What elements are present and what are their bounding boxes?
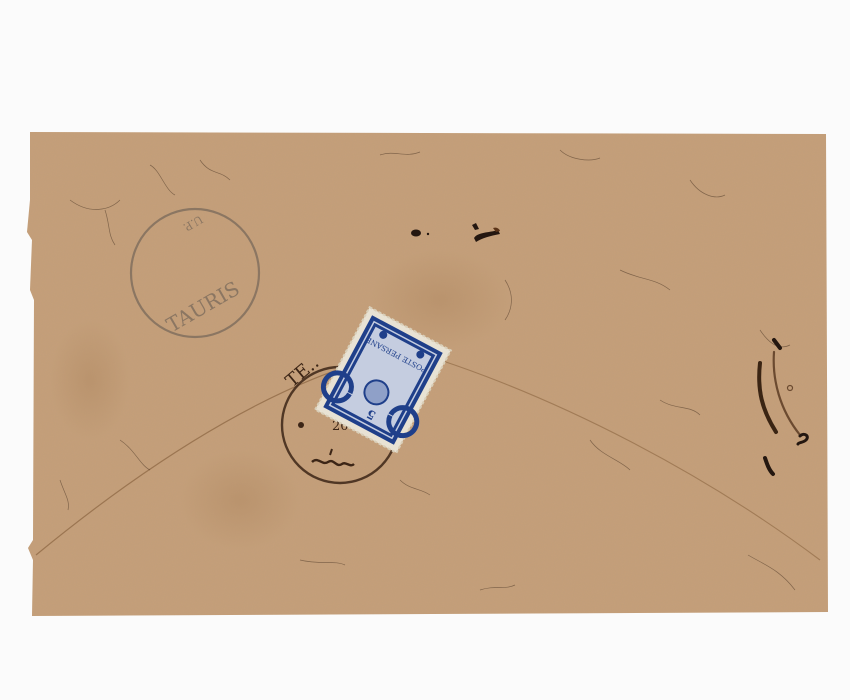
envelope-photo: TAURIS U.P. TE.. 20 POSTE PERSANE 5 (0, 0, 850, 700)
